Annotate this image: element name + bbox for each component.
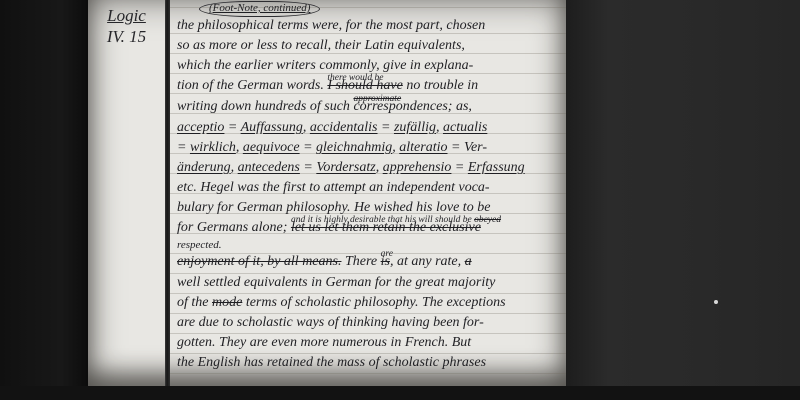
handwritten-text: there would be bbox=[327, 73, 383, 83]
handwritten-text: = bbox=[300, 160, 316, 175]
manuscript-page: Logic IV. 15 (Foot-Note, continued) the … bbox=[88, 0, 566, 386]
handwritten-line: = wirklich, aequivoce = gleichnahmig, al… bbox=[177, 138, 564, 158]
handwritten-line: the philosophical terms were, for the mo… bbox=[177, 16, 564, 36]
handwritten-line: respected. bbox=[177, 239, 564, 252]
handwritten-line: so as more or less to recall, their Lati… bbox=[177, 36, 564, 56]
handwritten-line: well settled equivalents in German for t… bbox=[177, 273, 564, 293]
handwritten-text: , bbox=[436, 120, 443, 135]
struck-text: enjoyment of it, by all means. bbox=[177, 254, 341, 269]
handwritten-text: tion of the German words. bbox=[177, 78, 327, 93]
footnote-header: (Foot-Note, continued) bbox=[199, 1, 564, 16]
handwritten-text: = bbox=[177, 140, 190, 155]
handwritten-text: the English has retained the mass of sch… bbox=[177, 355, 486, 370]
underlined-term: apprehensio bbox=[383, 160, 452, 175]
handwritten-text: = bbox=[378, 120, 394, 135]
film-border-bottom bbox=[0, 386, 800, 400]
handwritten-line: enjoyment of it, by all means. There are… bbox=[177, 252, 564, 273]
handwritten-line: of the mode terms of scholastic philosop… bbox=[177, 293, 564, 313]
film-border-left bbox=[0, 0, 88, 400]
handwritten-text: = bbox=[451, 160, 467, 175]
handwritten-line: are due to scholastic ways of thinking h… bbox=[177, 313, 564, 333]
handwritten-line: gotten. They are even more numerous in F… bbox=[177, 333, 564, 353]
handwritten-text: = bbox=[300, 140, 316, 155]
margin-page-number: IV. 15 bbox=[88, 26, 165, 47]
underlined-term: Vordersatz bbox=[316, 160, 375, 175]
handwritten-text: , bbox=[231, 160, 238, 175]
content-column: (Foot-Note, continued) the philosophical… bbox=[170, 0, 566, 386]
handwritten-text: which the earlier writers commonly, give… bbox=[177, 58, 473, 73]
content-lines: the philosophical terms were, for the mo… bbox=[177, 16, 564, 373]
film-border-right bbox=[566, 0, 800, 400]
struck-text: approximate bbox=[353, 94, 401, 104]
handwritten-text: terms of scholastic philosophy. The exce… bbox=[242, 295, 505, 310]
handwritten-text: , bbox=[303, 120, 310, 135]
margin-title: Logic bbox=[88, 5, 165, 26]
handwritten-text: no trouble in bbox=[403, 78, 478, 93]
handwritten-text: , at any rate, bbox=[390, 254, 465, 269]
underlined-term: actualis bbox=[443, 120, 487, 135]
handwritten-line: etc. Hegel was the first to attempt an i… bbox=[177, 178, 564, 198]
handwritten-text: for Germans alone; bbox=[177, 220, 291, 235]
handwritten-line: acceptio = Auffassung, accidentalis = zu… bbox=[177, 118, 564, 138]
underlined-term: acceptio bbox=[177, 120, 224, 135]
struck-text: a bbox=[465, 254, 472, 269]
underlined-term: accidentalis bbox=[310, 120, 378, 135]
handwritten-text: = bbox=[224, 120, 240, 135]
handwritten-text: are bbox=[381, 249, 393, 259]
handwritten-text: There bbox=[341, 254, 380, 269]
handwritten-text: so as more or less to recall, their Lati… bbox=[177, 38, 465, 53]
handwritten-text: of the bbox=[177, 295, 212, 310]
handwritten-text: = Ver- bbox=[448, 140, 488, 155]
handwritten-text: respected. bbox=[177, 239, 222, 251]
handwritten-line: the English has retained the mass of sch… bbox=[177, 353, 564, 373]
handwritten-line: for Germans alone; and it is highly desi… bbox=[177, 218, 564, 239]
handwritten-line: writing down hundreds of such approximat… bbox=[177, 97, 564, 118]
underlined-term: Auffassung bbox=[241, 120, 303, 135]
underlined-term: alteratio bbox=[399, 140, 447, 155]
dust-speck bbox=[714, 300, 718, 304]
underlined-term: aequivoce bbox=[243, 140, 300, 155]
scanned-manuscript-photo: Logic IV. 15 (Foot-Note, continued) the … bbox=[0, 0, 800, 400]
underlined-term: Erfassung bbox=[468, 160, 525, 175]
handwritten-text: gotten. They are even more numerous in F… bbox=[177, 335, 471, 350]
handwritten-text: , bbox=[376, 160, 383, 175]
struck-text: obeyed bbox=[474, 215, 501, 225]
handwritten-text: the philosophical terms were, for the mo… bbox=[177, 18, 485, 33]
struck-text: mode bbox=[212, 295, 242, 310]
handwritten-line: änderung, antecedens = Vordersatz, appre… bbox=[177, 158, 564, 178]
underlined-term: zufällig bbox=[394, 120, 436, 135]
underlined-term: gleichnahmig bbox=[316, 140, 392, 155]
underlined-term: änderung bbox=[177, 160, 231, 175]
underlined-term: wirklich bbox=[190, 140, 236, 155]
margin-column: Logic IV. 15 bbox=[88, 0, 165, 386]
handwritten-text: etc. Hegel was the first to attempt an i… bbox=[177, 180, 490, 195]
handwritten-text: are due to scholastic ways of thinking h… bbox=[177, 315, 484, 330]
handwritten-text: , bbox=[236, 140, 243, 155]
handwritten-text: bulary for German philosophy. He wished … bbox=[177, 200, 490, 215]
underlined-term: antecedens bbox=[238, 160, 300, 175]
handwritten-text: well settled equivalents in German for t… bbox=[177, 275, 495, 290]
footnote-header-label: (Foot-Note, continued) bbox=[199, 1, 320, 17]
handwritten-text: and it is highly desirable that his will… bbox=[291, 215, 474, 225]
handwritten-text: writing down hundreds of such bbox=[177, 99, 353, 114]
